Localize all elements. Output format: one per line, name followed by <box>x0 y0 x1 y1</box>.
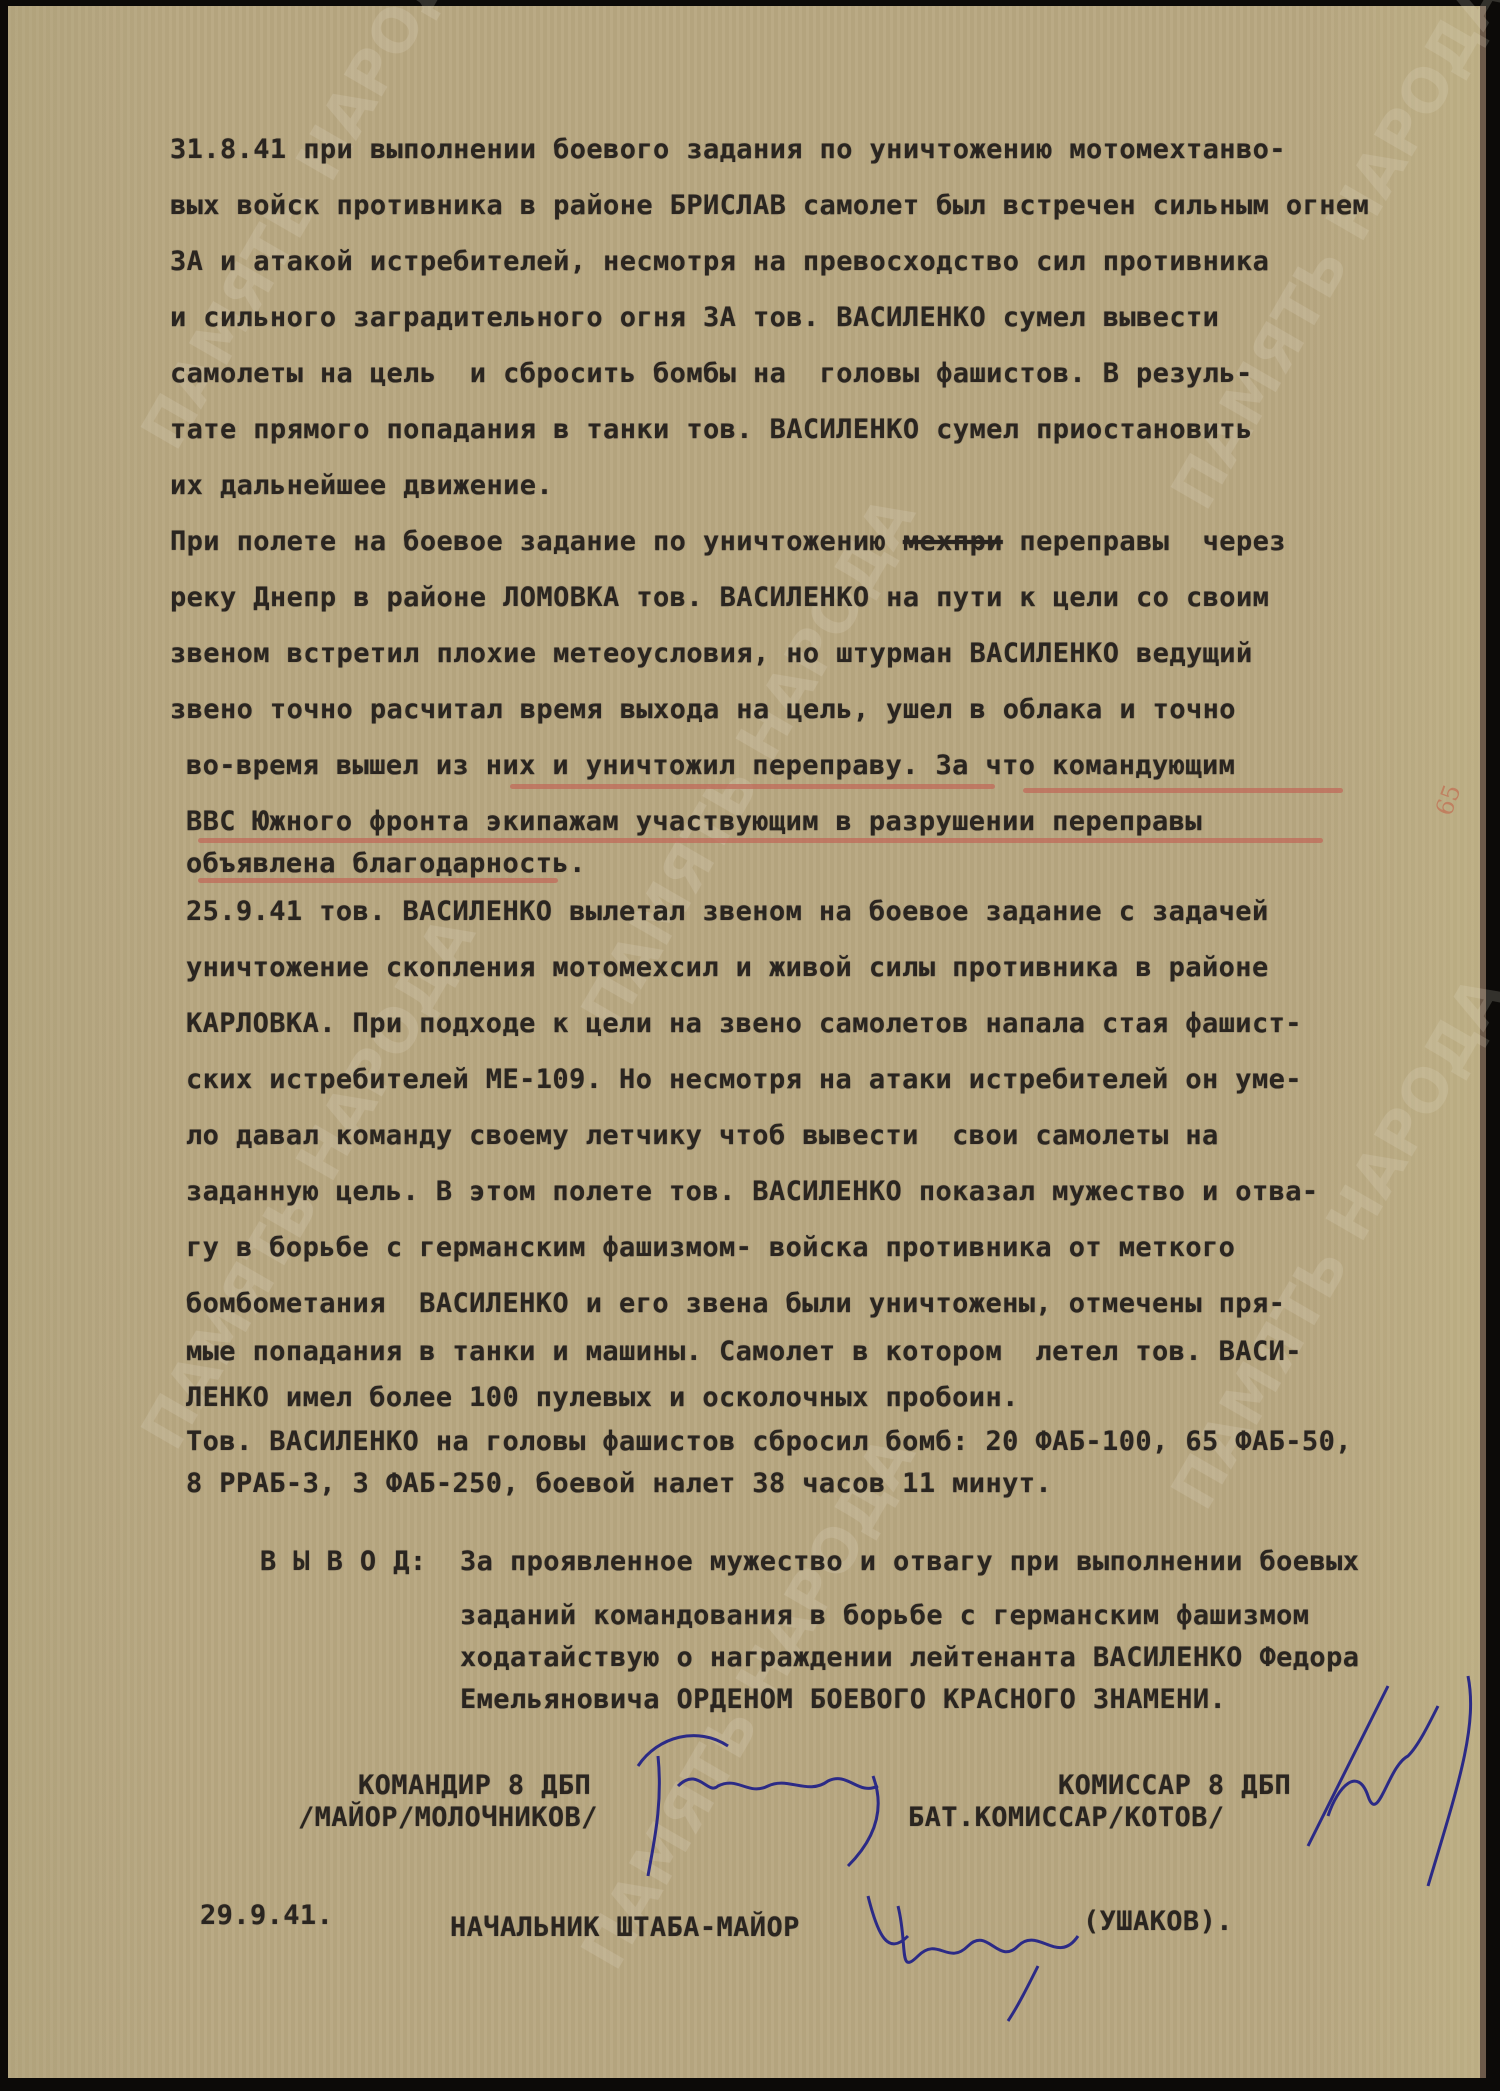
body-line: 8 РРАБ-3, 3 ФАБ-250, боевой налет 38 час… <box>186 1468 1052 1499</box>
commander-name: /МАЙОР/МОЛОЧНИКОВ/ <box>298 1802 598 1833</box>
body-line: При полете на боевое задание по уничтоже… <box>170 526 1286 557</box>
conclusion-line: Емельяновича ОРДЕНОМ БОЕВОГО КРАСНОГО ЗН… <box>460 1684 1226 1715</box>
conclusion-label: В Ы В О Д: <box>260 1546 427 1577</box>
body-line: заданную цель. В этом полете тов. ВАСИЛЕ… <box>186 1176 1319 1207</box>
conclusion-line: За проявленное мужество и отвагу при вып… <box>460 1546 1359 1577</box>
body-line: и сильного заградительного огня ЗА тов. … <box>170 302 1219 333</box>
body-line: гу в борьбе с германским фашизмом- войск… <box>186 1232 1235 1263</box>
body-line: вых войск противника в районе БРИСЛАВ са… <box>170 190 1369 221</box>
commander-title: КОМАНДИР 8 ДБП <box>358 1770 591 1801</box>
commissar-name: БАТ.КОМИССАР/КОТОВ/ <box>908 1802 1224 1833</box>
commander-signature <box>618 1726 918 1886</box>
body-line: самолеты на цель и сбросить бомбы на гол… <box>170 358 1253 389</box>
chief-of-staff-name: (УШАКОВ). <box>1083 1906 1233 1937</box>
body-line: звеном встретил плохие метеоусловия, но … <box>170 638 1253 669</box>
margin-page-number: 65 <box>1430 781 1467 819</box>
watermark: ПАМЯТЬ НАРОДА <box>128 0 489 461</box>
body-line: реку Днепр в районе ЛОМОВКА тов. ВАСИЛЕН… <box>170 582 1269 613</box>
body-line: их дальнейшее движение. <box>170 470 553 501</box>
body-line: ских истребителей МЕ-109. Но несмотря на… <box>186 1064 1302 1095</box>
body-line: уничтожение скопления мотомехсил и живой… <box>186 952 1269 983</box>
red-underline <box>198 838 1323 843</box>
body-line: ло давал команду своему летчику чтоб выв… <box>186 1120 1219 1151</box>
struck-word: мехпри <box>903 526 1003 557</box>
red-underline <box>198 878 558 883</box>
chief-of-staff-signature <box>858 1876 1098 2026</box>
body-line: мые попадания в танки и машины. Самолет … <box>186 1336 1302 1367</box>
body-line: бомбометания ВАСИЛЕНКО и его звена были … <box>186 1288 1285 1319</box>
body-line: Тов. ВАСИЛЕНКО на головы фашистов сброси… <box>186 1426 1352 1457</box>
document-page: ПАМЯТЬ НАРОДА ПАМЯТЬ НАРОДА ПАМЯТЬ НАРОД… <box>8 6 1486 2078</box>
chief-of-staff-title: НАЧАЛЬНИК ШТАБА-МАЙОР <box>450 1912 800 1943</box>
body-line: КАРЛОВКА. При подходе к цели на звено са… <box>186 1008 1302 1039</box>
body-text: При полете на боевое задание по уничтоже… <box>170 526 886 557</box>
body-line: тате прямого попадания в танки тов. ВАСИ… <box>170 414 1253 445</box>
red-underline <box>510 784 995 789</box>
conclusion-line: заданий командования в борьбе с германск… <box>460 1600 1309 1631</box>
commissar-title: КОМИССАР 8 ДБП <box>1058 1770 1291 1801</box>
document-date: 29.9.41. <box>200 1900 333 1931</box>
body-line: объявлена благодарность. <box>186 848 586 879</box>
body-line: ВВС Южного фронта экипажам участвующим в… <box>186 806 1202 837</box>
body-text: переправы через <box>1003 526 1286 557</box>
commissar-signature <box>1268 1666 1488 1926</box>
body-line: во-время вышел из них и уничтожил перепр… <box>186 750 1235 781</box>
body-line: 25.9.41 тов. ВАСИЛЕНКО вылетал звеном на… <box>186 896 1269 927</box>
body-line: 31.8.41 при выполнении боевого задания п… <box>170 134 1286 165</box>
body-line: ЗА и атакой истребителей, несмотря на пр… <box>170 246 1269 277</box>
conclusion-line: ходатайствую о награждении лейтенанта ВА… <box>460 1642 1359 1673</box>
red-underline <box>1023 788 1343 793</box>
body-line: ЛЕНКО имел более 100 пулевых и осколочны… <box>186 1382 1019 1413</box>
body-line: звено точно расчитал время выхода на цел… <box>170 694 1236 725</box>
